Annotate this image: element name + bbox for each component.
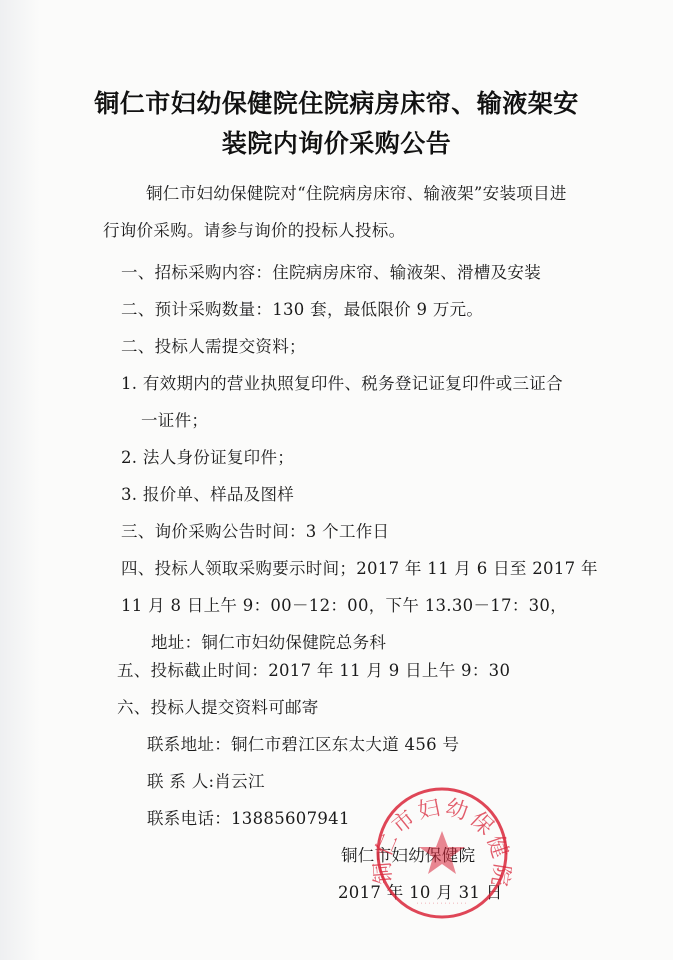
- item-mail-submission: 六、投标人提交资料可邮寄: [117, 694, 319, 718]
- contact-person: 联 系 人:肖云江: [147, 768, 265, 792]
- item-collection-time-line-1: 四、投标人领取采购要示时间；2017 年 11 月 6 日至 2017 年: [121, 555, 598, 579]
- item-procurement-content: 一、招标采购内容：住院病房床帘、输液架、滑槽及安装: [121, 259, 541, 283]
- intro-paragraph-line-1: 铜仁市妇幼保健院对“住院病房床帘、输液架”安装项目进: [146, 180, 567, 204]
- contact-address: 联系地址：铜仁市碧江区东太大道 456 号: [147, 731, 459, 755]
- item-procurement-quantity: 二、预计采购数量：130 套，最低限价 9 万元。: [121, 296, 483, 320]
- document-title-line-2: 装院内询价采购公告: [0, 124, 673, 160]
- document-title-line-1: 铜仁市妇幼保健院住院病房床帘、输液架安: [0, 84, 673, 120]
- item-doc-1-line-1: 1. 有效期内的营业执照复印件、税务登记证复印件或三证合: [121, 370, 563, 394]
- intro-paragraph-line-2: 行询价采购。请参与询价的投标人投标。: [103, 217, 405, 241]
- signature-date: 2017 年 10 月 31 日: [338, 879, 503, 903]
- item-announcement-period: 三、询价采购公告时间：3 个工作日: [121, 518, 389, 542]
- item-collection-time-line-2: 11 月 8 日上午 9：00－12：00，下午 13.30－17：30，: [121, 592, 567, 616]
- item-bid-deadline: 五、投标截止时间：2017 年 11 月 9 日上午 9：30: [117, 657, 510, 681]
- item-required-documents: 二、投标人需提交资料；: [121, 333, 306, 357]
- contact-phone: 联系电话：13885607941: [147, 805, 350, 829]
- signature-organization: 铜仁市妇幼保健院: [341, 842, 475, 866]
- item-doc-2: 2. 法人身份证复印件；: [121, 444, 294, 468]
- item-doc-1-line-2: 一证件；: [141, 407, 208, 431]
- item-collection-address: 地址：铜仁市妇幼保健院总务科: [151, 629, 386, 653]
- item-doc-3: 3. 报价单、样品及图样: [121, 481, 294, 505]
